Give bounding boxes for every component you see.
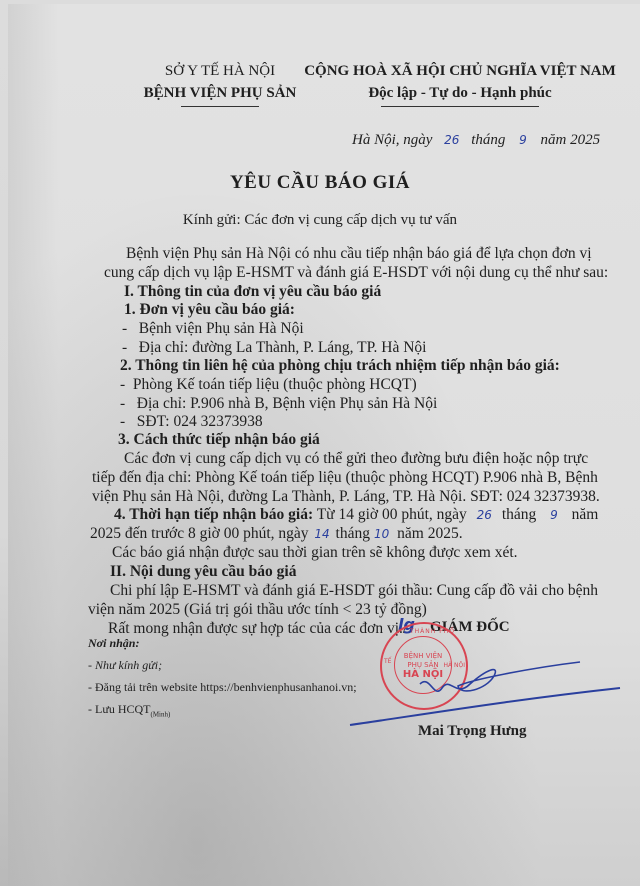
section-1-heading: I. Thông tin của đơn vị yêu cầu báo giá xyxy=(124,282,381,301)
subsection-2-heading: 2. Thông tin liên hệ của phòng chịu trác… xyxy=(120,356,560,375)
handwritten-start-month: 9 xyxy=(550,508,558,522)
handwritten-start-day: 26 xyxy=(477,508,492,522)
list-item: - Phòng Kế toán tiếp liệu (thuộc phòng H… xyxy=(120,375,417,394)
document-title: YÊU CẦU BÁO GIÁ xyxy=(0,172,640,194)
subsection-3-heading: 3. Cách thức tiếp nhận báo giá xyxy=(118,430,320,449)
addressee: Kính gửi: Các đơn vị cung cấp dịch vụ tư… xyxy=(0,212,640,229)
recipients: Nơi nhận: - Như kính gửi; - Đăng tải trê… xyxy=(88,632,357,725)
national-header: CỘNG HOÀ XÃ HỘI CHỦ NGHĨA VIỆT NAM Độc l… xyxy=(290,60,630,107)
recipient-item: - Đăng tải trên website https://benhvien… xyxy=(88,676,357,698)
recipient-item: - Như kính gửi; xyxy=(88,654,357,676)
signer-name: Mai Trọng Hưng xyxy=(418,723,526,740)
deadline-line: 2025 đến trước 8 giờ 00 phút, ngày 14 th… xyxy=(90,524,463,544)
paragraph-line: viện Phụ sản Hà Nội, đường La Thành, P. … xyxy=(92,487,600,506)
recipient-item: - Lưu HCQT(Minh) xyxy=(88,698,357,725)
deadline-note: Các báo giá nhận được sau thời gian trên… xyxy=(112,543,518,562)
handwritten-month: 9 xyxy=(519,133,527,147)
list-item: - Địa chỉ: đường La Thành, P. Láng, TP. … xyxy=(122,338,426,357)
handwritten-day: 26 xyxy=(444,133,459,147)
list-item: - Địa chỉ: P.906 nhà B, Bệnh viện Phụ sả… xyxy=(120,394,437,413)
issue-date: Hà Nội, ngày 26 tháng 9 năm 2025 xyxy=(352,132,600,149)
handwritten-end-day: 14 xyxy=(314,527,329,541)
intro-line: cung cấp dịch vụ lập E-HSMT và đánh giá … xyxy=(104,263,608,282)
paragraph-line: viện năm 2025 (Giá trị gói thầu ước tính… xyxy=(88,600,427,619)
national-motto: Độc lập - Tự do - Hạnh phúc xyxy=(290,82,630,104)
motto-underline xyxy=(381,106,539,107)
deadline-line: 4. Thời hạn tiếp nhận báo giá: Từ 14 giờ… xyxy=(114,505,598,525)
national-title: CỘNG HOÀ XÃ HỘI CHỦ NGHĨA VIỆT NAM xyxy=(290,60,630,82)
paragraph-line: Chi phí lập E-HSMT và đánh giá E-HSDT gó… xyxy=(110,581,598,600)
subsection-1-heading: 1. Đơn vị yêu cầu báo giá: xyxy=(124,300,295,319)
paragraph-line: tiếp đến địa chỉ: Phòng Kế toán tiếp liệ… xyxy=(92,468,598,487)
section-2-heading: II. Nội dung yêu cầu báo giá xyxy=(110,562,296,581)
stamp-ring-top: THÀNH PHỐ xyxy=(410,628,455,635)
intro-line: Bệnh viện Phụ sản Hà Nội có nhu cầu tiếp… xyxy=(126,244,592,263)
recipients-heading: Nơi nhận: xyxy=(88,632,357,654)
list-item: - Bệnh viện Phụ sản Hà Nội xyxy=(122,319,304,338)
paragraph-line: Các đơn vị cung cấp dịch vụ có thể gửi t… xyxy=(124,449,588,468)
handwritten-end-month: 10 xyxy=(374,527,389,541)
list-item: - SĐT: 024 32373938 xyxy=(120,412,263,431)
agency-underline xyxy=(181,106,259,107)
